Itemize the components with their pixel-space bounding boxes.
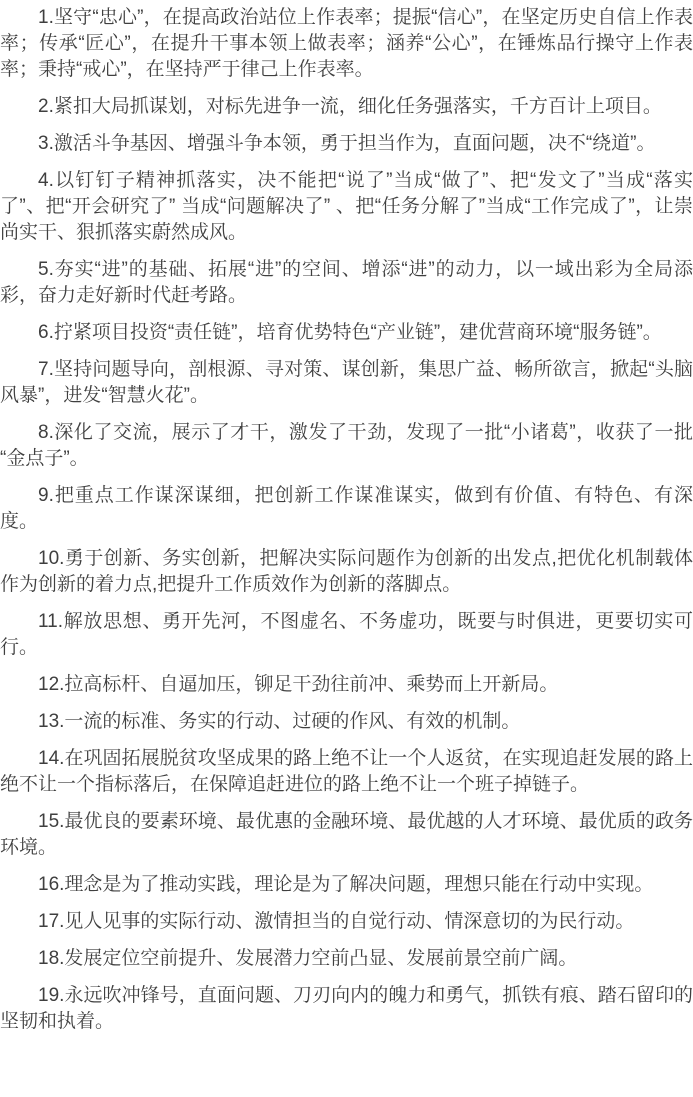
numbered-paragraph: 18.发展定位空前提升、发展潜力空前凸显、发展前景空前广阔。 [0,946,693,972]
numbered-paragraph: 19.永远吹冲锋号，直面问题、刀刃向内的魄力和勇气，抓铁有痕、踏石留印的坚韧和执… [0,983,693,1035]
numbered-paragraph: 6.拧紧项目投资“责任链”，培育优势特色“产业链”，建优营商环境“服务链”。 [0,320,693,346]
numbered-paragraph: 10.勇于创新、务实创新，把解决实际问题作为创新的出发点,把优化机制载体作为创新… [0,546,693,598]
numbered-paragraph: 2.紧扣大局抓谋划，对标先进争一流，细化任务强落实，千方百计上项目。 [0,94,693,120]
numbered-paragraph: 4.以钉钉子精神抓落实，决不能把“说了”当成“做了”、把“发文了”当成“落实了”… [0,168,693,246]
numbered-paragraph: 11.解放思想、勇开先河，不图虚名、不务虚功，既要与时俱进，更要切实可行。 [0,609,693,661]
document-page: 1.坚守“忠心”，在提高政治站位上作表率；提振“信心”，在坚定历史自信上作表率；… [0,5,693,1035]
numbered-paragraph: 5.夯实“进”的基础、拓展“进”的空间、增添“进”的动力，以一域出彩为全局添彩，… [0,257,693,309]
numbered-paragraph: 3.激活斗争基因、增强斗争本领，勇于担当作为，直面问题，决不“绕道”。 [0,131,693,157]
numbered-paragraph: 8.深化了交流，展示了才干，激发了干劲，发现了一批“小诸葛”，收获了一批“金点子… [0,420,693,472]
numbered-paragraph: 15.最优良的要素环境、最优惠的金融环境、最优越的人才环境、最优质的政务环境。 [0,809,693,861]
numbered-paragraph: 9.把重点工作谋深谋细，把创新工作谋准谋实，做到有价值、有特色、有深度。 [0,483,693,535]
numbered-paragraph: 12.拉高标杆、自逼加压，铆足干劲往前冲、乘势而上开新局。 [0,672,693,698]
numbered-paragraph: 7.坚持问题导向，剖根源、寻对策、谋创新，集思广益、畅所欲言，掀起“头脑风暴”，… [0,357,693,409]
numbered-paragraph: 1.坚守“忠心”，在提高政治站位上作表率；提振“信心”，在坚定历史自信上作表率；… [0,5,693,83]
numbered-paragraph: 13.一流的标准、务实的行动、过硬的作风、有效的机制。 [0,709,693,735]
numbered-paragraph: 14.在巩固拓展脱贫攻坚成果的路上绝不让一个人返贫，在实现追赶发展的路上绝不让一… [0,746,693,798]
numbered-paragraph: 17.见人见事的实际行动、激情担当的自觉行动、情深意切的为民行动。 [0,909,693,935]
numbered-paragraph: 16.理念是为了推动实践，理论是为了解决问题，理想只能在行动中实现。 [0,872,693,898]
